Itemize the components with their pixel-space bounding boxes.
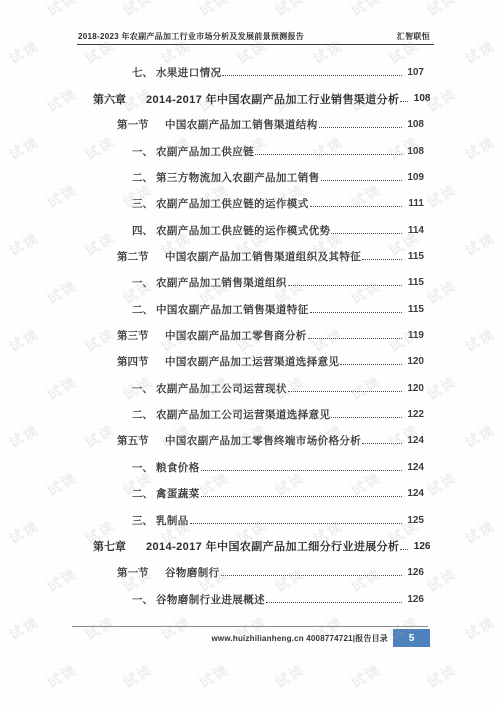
toc-row: 一、农副产品加工公司运营现状120	[93, 375, 424, 401]
toc-entry-page: 107	[404, 67, 424, 78]
watermark-text: 试读	[461, 323, 499, 356]
watermark-text: 试读	[461, 227, 499, 260]
dot-leader	[321, 180, 403, 181]
toc-list: 七、水果进口情况107第六章2014-2017 年中国农副产品加工行业销售渠道分…	[93, 59, 424, 612]
page-number-badge: 5	[393, 629, 430, 647]
toc-row: 第三节中国农副产品加工零售商分析119	[93, 322, 424, 348]
toc-entry-title: 农副产品加工公司运营渠道选择意见	[156, 407, 330, 422]
toc-entry-number: 二、	[132, 170, 156, 185]
watermark-text: 试读	[0, 467, 5, 500]
toc-entry-page: 108	[404, 146, 424, 157]
toc-entry-number: 二、	[132, 486, 156, 501]
toc-entry-page: 125	[404, 515, 424, 526]
toc-row: 第七章2014-2017 年中国农副产品加工细分行业进展分析126	[93, 533, 424, 559]
watermark-text: 试读	[423, 179, 461, 212]
watermark-text: 试读	[119, 659, 157, 692]
watermark-text: 试读	[423, 563, 461, 596]
toc-entry-number: 第一节	[117, 117, 165, 132]
watermark-text: 试读	[195, 659, 233, 692]
toc-entry-page: 126	[404, 594, 424, 605]
toc-entry-page: 114	[404, 225, 424, 236]
watermark-text: 试读	[43, 563, 81, 596]
toc-entry-number: 三、	[132, 513, 156, 528]
document-page: 试读试读试读试读试读试读试读试读试读试读试读试读试读试读试读试读试读试读试读试读…	[0, 0, 499, 706]
dot-leader	[221, 575, 403, 576]
header-doc-title: 2018-2023 年农副产品加工行业市场分析及发展前景预测报告	[78, 31, 304, 42]
watermark-text: 试读	[461, 131, 499, 164]
toc-entry-title: 水果进口情况	[156, 65, 221, 80]
toc-entry-title: 乳制品	[156, 513, 189, 528]
watermark-text: 试读	[43, 83, 81, 116]
dot-leader	[201, 470, 402, 471]
watermark-text: 试读	[461, 611, 499, 644]
toc-entry-title: 农副产品加工供应链的运作模式优势	[156, 223, 330, 238]
dot-leader	[308, 338, 402, 339]
toc-entry-title: 中国农副产品加工销售渠道特征	[156, 302, 309, 317]
watermark-text: 试读	[461, 515, 499, 548]
toc-row: 第一节谷物磨制行126	[93, 560, 424, 586]
toc-entry-number: 七、	[132, 65, 156, 80]
watermark-text: 试读	[43, 467, 81, 500]
toc-entry-number: 一、	[132, 381, 156, 396]
toc-row: 第六章2014-2017 年中国农副产品加工行业销售渠道分析108	[93, 85, 424, 111]
dot-leader	[288, 285, 402, 286]
watermark-text: 试读	[0, 371, 5, 404]
watermark-text: 试读	[0, 659, 5, 692]
toc-entry-title: 禽蛋蔬菜	[156, 486, 200, 501]
watermark-text: 试读	[43, 659, 81, 692]
toc-entry-page: 115	[404, 277, 424, 288]
toc-entry-page: 120	[404, 356, 424, 367]
toc-entry-number: 一、	[132, 144, 156, 159]
toc-entry-number: 一、	[132, 275, 156, 290]
watermark-text: 试读	[271, 0, 309, 21]
dot-leader	[331, 417, 402, 418]
dot-leader	[255, 154, 402, 155]
watermark-text: 试读	[0, 179, 5, 212]
watermark-text: 试读	[43, 0, 81, 21]
page-header: 2018-2023 年农副产品加工行业市场分析及发展前景预测报告 汇智联恒	[78, 31, 430, 42]
toc-entry-number: 第一节	[117, 565, 165, 580]
watermark-text: 试读	[5, 131, 43, 164]
watermark-text: 试读	[5, 323, 43, 356]
footer-contact-info: www.huizhilianheng.cn 4008774721|报告目录	[211, 633, 388, 644]
toc-entry-page: 120	[404, 383, 424, 394]
watermark-text: 试读	[423, 275, 461, 308]
toc-entry-page: 126	[404, 567, 424, 578]
toc-entry-page: 108	[410, 93, 430, 104]
toc-entry-page: 124	[404, 488, 424, 499]
toc-entry-title: 中国农副产品加工零售商分析	[165, 328, 307, 343]
toc-entry-number: 一、	[132, 592, 156, 607]
watermark-text: 试读	[0, 0, 5, 21]
toc-entry-number: 一、	[132, 460, 156, 475]
dot-leader	[340, 364, 402, 365]
toc-row: 第二节中国农副产品加工销售渠道组织及其特征115	[93, 243, 424, 269]
dot-leader	[201, 496, 402, 497]
toc-entry-page: 119	[404, 330, 424, 341]
toc-entry-number: 第四节	[117, 354, 165, 369]
footer-rule	[72, 626, 428, 627]
toc-row: 一、农副产品加工销售渠道组织115	[93, 270, 424, 296]
dot-leader	[190, 523, 402, 524]
page-footer: www.huizhilianheng.cn 4008774721|报告目录 5	[93, 629, 430, 647]
watermark-text: 试读	[271, 659, 309, 692]
dot-leader	[400, 101, 408, 102]
watermark-text: 试读	[43, 275, 81, 308]
toc-entry-title: 中国农副产品加工零售终端市场价格分析	[165, 433, 361, 448]
toc-entry-page: 126	[410, 541, 430, 552]
dot-leader	[362, 259, 402, 260]
header-brand: 汇智联恒	[397, 31, 430, 42]
watermark-text: 试读	[5, 227, 43, 260]
toc-row: 第一节中国农副产品加工销售渠道结构108	[93, 112, 424, 138]
watermark-text: 试读	[0, 563, 5, 596]
watermark-text: 试读	[43, 179, 81, 212]
toc-row: 三、农副产品加工供应链的运作模式111	[93, 191, 424, 217]
toc-entry-number: 二、	[132, 302, 156, 317]
watermark-text: 试读	[423, 467, 461, 500]
toc-entry-number: 第三节	[117, 328, 165, 343]
toc-row: 二、中国农副产品加工销售渠道特征115	[93, 296, 424, 322]
watermark-text: 试读	[461, 419, 499, 452]
toc-entry-title: 农副产品加工销售渠道组织	[156, 275, 287, 290]
watermark-text: 试读	[119, 0, 157, 21]
toc-entry-number: 四、	[132, 223, 156, 238]
toc-entry-number: 二、	[132, 407, 156, 422]
toc-row: 二、禽蛋蔬菜124	[93, 481, 424, 507]
dot-leader	[319, 127, 402, 128]
toc-entry-title: 谷物磨制行业进展概述	[156, 592, 265, 607]
watermark-text: 试读	[0, 83, 5, 116]
toc-entry-title: 谷物磨制行	[165, 565, 220, 580]
toc-entry-title: 2014-2017 年中国农副产品加工细分行业进展分析	[146, 538, 399, 554]
toc-entry-page: 108	[404, 119, 424, 130]
toc-entry-page: 115	[404, 304, 424, 315]
dot-leader	[331, 233, 402, 234]
toc-row: 第五节中国农副产品加工零售终端市场价格分析124	[93, 428, 424, 454]
toc-entry-title: 2014-2017 年中国农副产品加工行业销售渠道分析	[146, 91, 399, 107]
watermark-text: 试读	[347, 0, 385, 21]
watermark-text: 试读	[5, 35, 43, 68]
toc-entry-page: 109	[404, 172, 424, 183]
toc-entry-title: 第三方物流加入农副产品加工销售	[156, 170, 320, 185]
watermark-text: 试读	[461, 35, 499, 68]
toc-entry-page: 111	[404, 198, 424, 209]
toc-entry-title: 中国农副产品加工销售渠道组织及其特征	[165, 249, 361, 264]
watermark-text: 试读	[423, 371, 461, 404]
toc-entry-number: 第七章	[93, 538, 146, 554]
dot-leader	[400, 549, 408, 550]
toc-entry-page: 122	[404, 409, 424, 420]
toc-entry-page: 124	[404, 435, 424, 446]
watermark-text: 试读	[347, 659, 385, 692]
toc-entry-number: 三、	[132, 196, 156, 211]
watermark-text: 试读	[43, 371, 81, 404]
watermark-text: 试读	[0, 275, 5, 308]
toc-entry-page: 115	[404, 251, 424, 262]
watermark-text: 试读	[5, 515, 43, 548]
toc-row: 二、第三方物流加入农副产品加工销售109	[93, 164, 424, 190]
toc-entry-title: 粮食价格	[156, 460, 200, 475]
dot-leader	[266, 602, 402, 603]
toc-entry-page: 124	[404, 462, 424, 473]
dot-leader	[288, 391, 402, 392]
toc-entry-title: 中国农副产品加工销售渠道结构	[165, 117, 318, 132]
watermark-text: 试读	[195, 0, 233, 21]
dot-leader	[310, 312, 402, 313]
dot-leader	[222, 75, 402, 76]
toc-entry-title: 农副产品加工公司运营现状	[156, 381, 287, 396]
toc-entry-number: 第二节	[117, 249, 165, 264]
toc-row: 四、农副产品加工供应链的运作模式优势114	[93, 217, 424, 243]
toc-row: 一、粮食价格124	[93, 454, 424, 480]
dot-leader	[310, 206, 402, 207]
toc-entry-title: 农副产品加工供应链的运作模式	[156, 196, 309, 211]
toc-entry-title: 中国农副产品加工运营渠道选择意见	[165, 354, 339, 369]
toc-row: 一、谷物磨制行业进展概述126	[93, 586, 424, 612]
watermark-text: 试读	[5, 419, 43, 452]
toc-entry-title: 农副产品加工供应链	[156, 144, 254, 159]
toc-row: 第四节中国农副产品加工运营渠道选择意见120	[93, 349, 424, 375]
watermark-text: 试读	[423, 0, 461, 21]
toc-row: 二、农副产品加工公司运营渠道选择意见122	[93, 401, 424, 427]
toc-entry-number: 第五节	[117, 433, 165, 448]
toc-row: 七、水果进口情况107	[93, 59, 424, 85]
watermark-text: 试读	[423, 659, 461, 692]
toc-row: 三、乳制品125	[93, 507, 424, 533]
watermark-text: 试读	[5, 611, 43, 644]
toc-entry-number: 第六章	[93, 91, 146, 107]
toc-row: 一、农副产品加工供应链108	[93, 138, 424, 164]
header-rule	[77, 44, 434, 45]
dot-leader	[362, 443, 402, 444]
